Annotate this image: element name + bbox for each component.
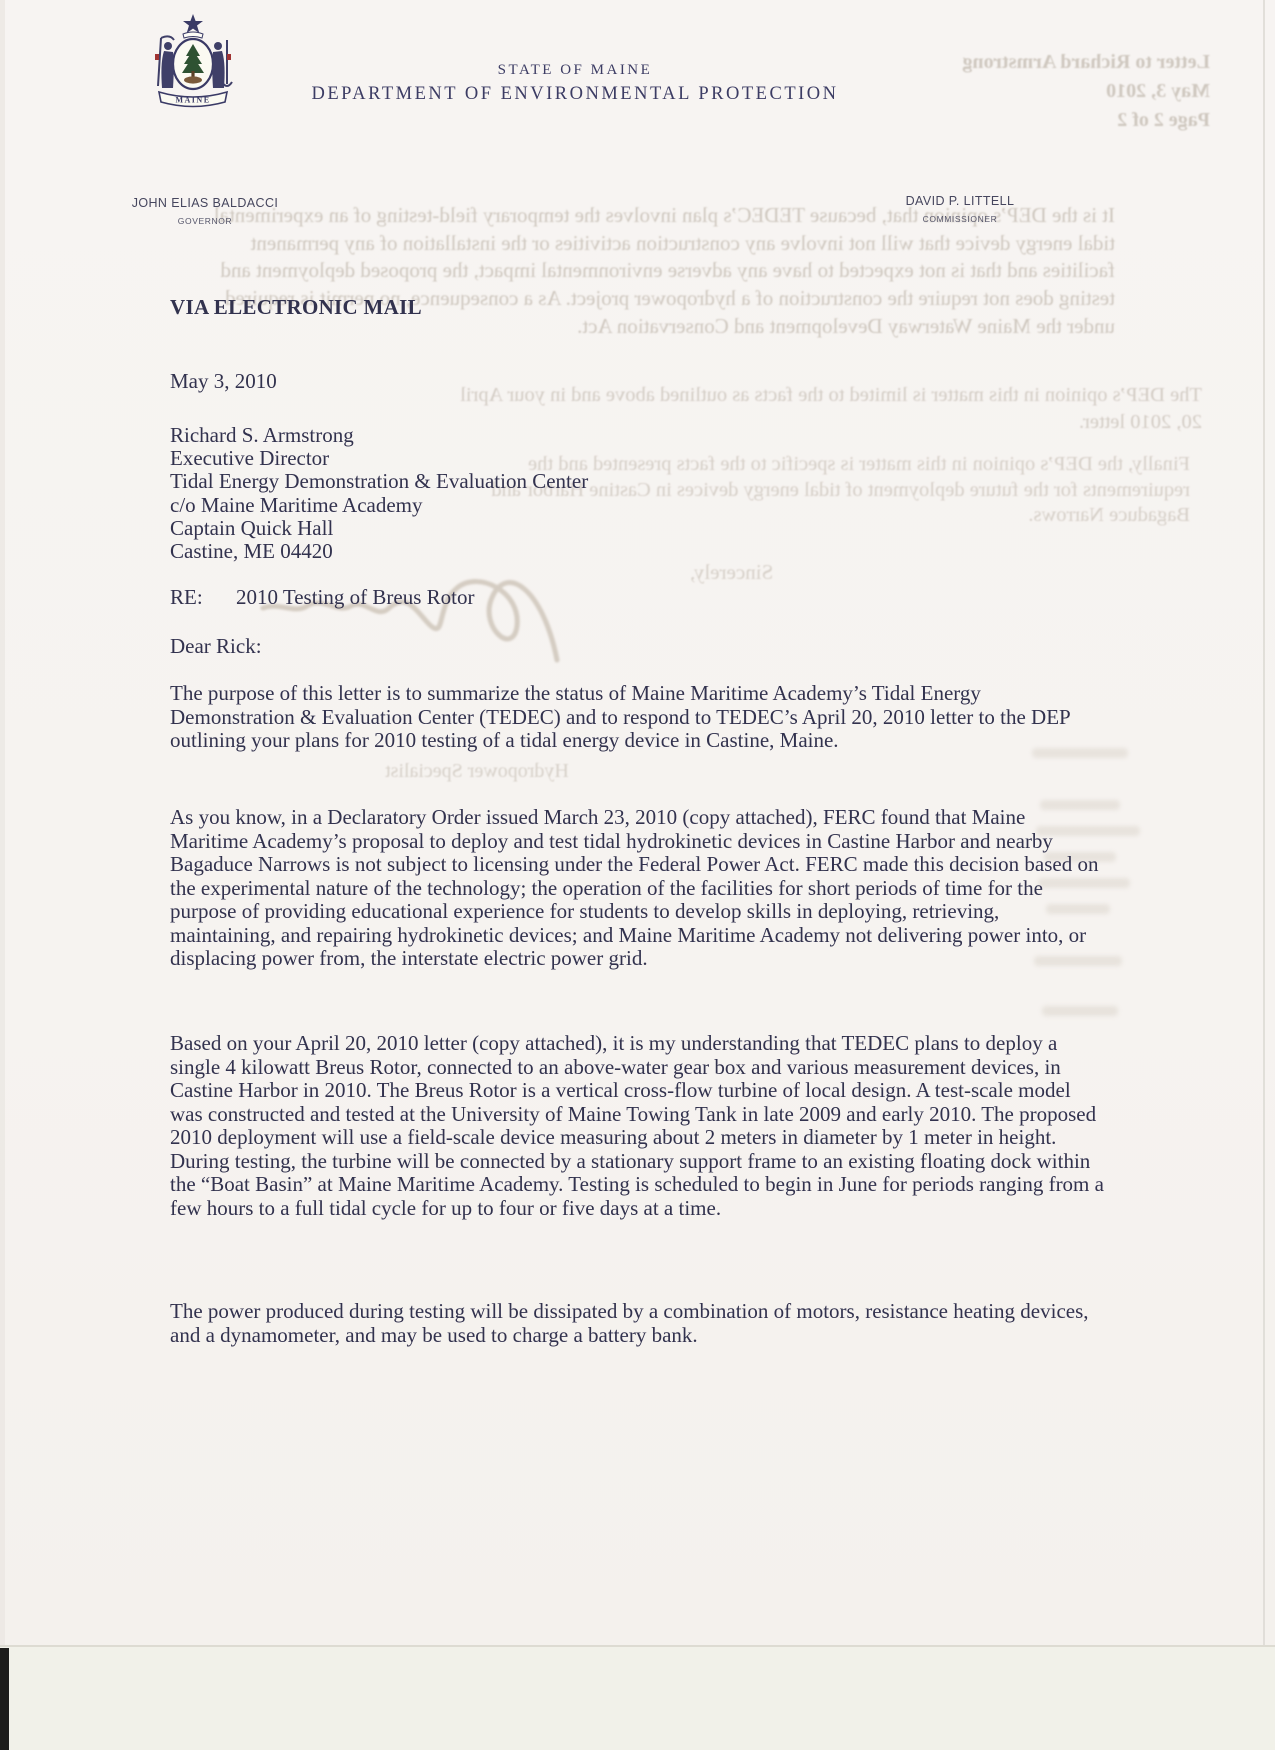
bleed-through-smudge <box>1042 1006 1118 1016</box>
letterhead-department: DEPARTMENT OF ENVIRONMENTAL PROTECTION <box>200 84 950 105</box>
body-paragraph: Based on your April 20, 2010 letter (cop… <box>170 1032 1108 1220</box>
governor-title: GOVERNOR <box>100 216 310 226</box>
recipient-care-of: c/o Maine Maritime Academy <box>170 494 588 517</box>
recipient-address-line: Captain Quick Hall <box>170 517 588 540</box>
re-label: RE: <box>170 586 236 610</box>
letterhead: STATE OF MAINE DEPARTMENT OF ENVIRONMENT… <box>200 62 950 105</box>
recipient-address-block: Richard S. Armstrong Executive Director … <box>170 424 588 563</box>
letter-date: May 3, 2010 <box>170 370 277 394</box>
salutation: Dear Rick: <box>170 635 262 659</box>
re-subject: 2010 Testing of Breus Rotor <box>236 585 474 609</box>
bleed-page2-header-line: Page 2 of 2 <box>958 106 1210 135</box>
recipient-organization: Tidal Energy Demonstration & Evaluation … <box>170 470 588 493</box>
recipient-city-state-zip: Castine, ME 04420 <box>170 540 588 563</box>
scanner-bed-area <box>0 1645 1275 1750</box>
re-line: RE:2010 Testing of Breus Rotor <box>170 586 474 610</box>
bleed-signature-scrawl <box>235 548 575 703</box>
governor-block: JOHN ELIAS BALDACCI GOVERNOR <box>100 196 310 226</box>
bleed-through-closing: Sincerely, <box>690 560 773 585</box>
scanned-letter-page: Letter to Richard Armstrong May 3, 2010 … <box>0 0 1275 1750</box>
body-paragraph: The purpose of this letter is to summari… <box>170 682 1108 753</box>
bleed-through-page2-header: Letter to Richard Armstrong May 3, 2010 … <box>958 48 1210 135</box>
commissioner-block: DAVID P. LITTELL COMMISSIONER <box>880 194 1040 224</box>
commissioner-title: COMMISSIONER <box>880 214 1040 224</box>
bleed-page2-header-line: May 3, 2010 <box>958 77 1210 106</box>
recipient-name: Richard S. Armstrong <box>170 424 588 447</box>
body-paragraph: As you know, in a Declaratory Order issu… <box>170 806 1108 971</box>
commissioner-name: DAVID P. LITTELL <box>880 194 1040 208</box>
delivery-method: VIA ELECTRONIC MAIL <box>170 296 422 320</box>
recipient-title: Executive Director <box>170 447 588 470</box>
governor-name: JOHN ELIAS BALDACCI <box>100 196 310 210</box>
scan-left-edge-shade <box>0 0 5 1645</box>
letterhead-state: STATE OF MAINE <box>200 62 950 79</box>
bleed-page2-header-line: Letter to Richard Armstrong <box>958 48 1210 77</box>
scan-page-edge-line <box>1263 0 1265 1645</box>
bleed-through-signer-title: Hydropower Specialist <box>385 760 569 783</box>
scan-corner-black-strip <box>0 1648 9 1750</box>
body-paragraph: The power produced during testing will b… <box>170 1300 1108 1347</box>
